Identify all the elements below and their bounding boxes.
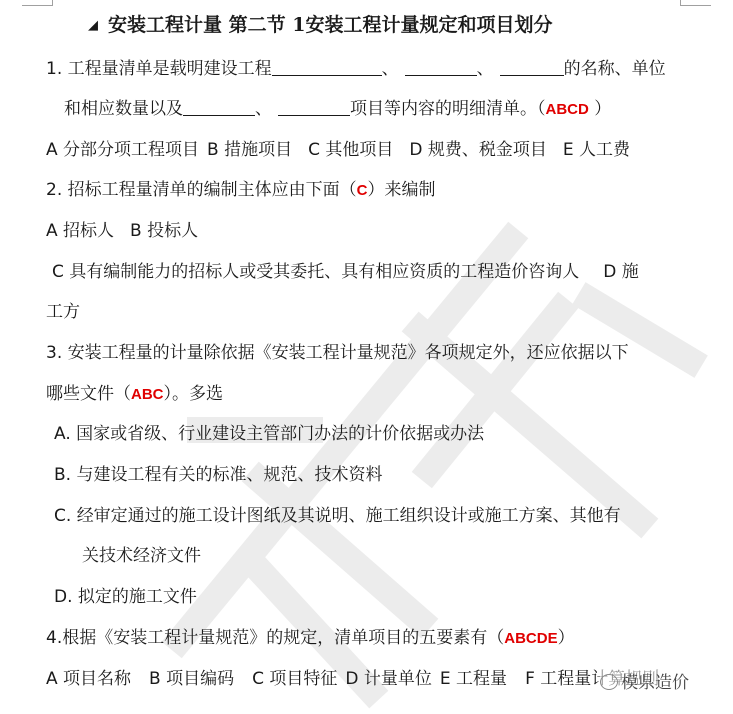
- answer-key: C: [357, 182, 368, 199]
- question-3-option-c: C. 经审定通过的施工设计图纸及其说明、施工组织设计或施工方案、其他有: [54, 505, 621, 527]
- option-label: B.: [54, 465, 71, 485]
- fill-blank: [405, 59, 477, 76]
- fill-blank: [278, 99, 350, 116]
- question-3-option-c-cont: 关技术经济文件: [82, 545, 201, 567]
- answer-key: ABC: [131, 386, 164, 403]
- fill-blank: [183, 99, 255, 116]
- option-d-continued: 工方: [46, 302, 80, 322]
- question-3-option-a: A. 国家或省级、行业建设主管部门办法的计价依据或办法: [54, 423, 484, 445]
- option-b: B 项目编码: [149, 669, 234, 689]
- question-stem: ）来编制: [367, 180, 435, 200]
- question-stem: 安装工程量的计量除依据《安装工程计量规范》各项规定外，还应依据以下: [68, 343, 629, 363]
- question-2-option-d-cont: 工方: [46, 301, 80, 323]
- option-e: E 工程量: [440, 669, 507, 689]
- option-text: 经审定通过的施工设计图纸及其说明、施工组织设计或施工方案、其他有: [77, 506, 621, 526]
- option-label: D.: [54, 587, 73, 607]
- separator: 、: [255, 99, 272, 119]
- option-text: 国家或省级、行业建设主管部门办法的计价依据或办法: [76, 424, 484, 444]
- question-3-stem-line-2: 哪些文件（ABC）。多选: [46, 383, 223, 406]
- paren-close: ）: [589, 99, 611, 119]
- question-4-options: A 项目名称B 项目编码C 项目特征D 计量单位E 工程量F 工程量计算规则: [46, 668, 659, 690]
- question-stem: 招标工程量清单的编制主体应由下面（: [68, 180, 357, 200]
- question-1-line-1: 1. 工程量清单是载明建设工程、、的名称、单位: [46, 58, 666, 80]
- option-label: C.: [54, 506, 71, 526]
- option-e: E 人工费: [563, 140, 630, 160]
- source-logo-text: 模県造价: [621, 673, 689, 693]
- option-text-continued: 关技术经济文件: [82, 546, 201, 566]
- question-stem: ）。多选: [164, 384, 224, 404]
- option-text: 拟定的施工文件: [78, 587, 197, 607]
- source-watermark-logo: 模県造价: [600, 668, 689, 693]
- option-a: A 项目名称: [46, 669, 131, 689]
- question-3-option-d: D. 拟定的施工文件: [54, 586, 197, 608]
- question-3-option-b: B. 与建设工程有关的标准、规范、技术资料: [54, 464, 382, 486]
- question-number: 2.: [46, 180, 62, 200]
- option-b: B 投标人: [130, 221, 198, 241]
- option-d: D 施: [603, 262, 639, 282]
- question-stem: 和相应数量以及: [64, 99, 183, 119]
- answer-key: ABCDE: [504, 630, 557, 647]
- section-title-text: 安装工程计量 第二节 1安装工程计量规定和项目划分: [108, 14, 552, 36]
- question-number: 4.: [46, 628, 62, 648]
- answer-key: ABCD: [546, 101, 589, 118]
- question-stem: 的名称、单位: [564, 59, 666, 79]
- question-stem: 项目等内容的明细清单。（: [350, 99, 546, 119]
- wechat-icon: [600, 674, 618, 690]
- question-stem: 工程量清单是载明建设工程: [68, 59, 272, 79]
- question-stem: 哪些文件（: [46, 384, 131, 404]
- section-title: ◢安装工程计量 第二节 1安装工程计量规定和项目划分: [88, 14, 552, 37]
- question-3-stem-line-1: 3. 安装工程量的计量除依据《安装工程计量规范》各项规定外，还应依据以下: [46, 342, 629, 364]
- option-c: C 项目特征: [252, 669, 337, 689]
- question-stem: ）: [558, 628, 575, 648]
- fill-blank: [500, 59, 564, 76]
- question-2-options-ab: A 招标人B 投标人: [46, 220, 198, 242]
- option-label: A.: [54, 424, 71, 444]
- collapse-triangle-icon[interactable]: ◢: [88, 15, 98, 37]
- question-1-line-2: 和相应数量以及、项目等内容的明细清单。（ABCD ）: [64, 98, 611, 121]
- question-number: 1.: [46, 59, 62, 79]
- separator: 、: [477, 59, 494, 79]
- question-2-stem: 2. 招标工程量清单的编制主体应由下面（C）来编制: [46, 179, 435, 202]
- option-text: 与建设工程有关的标准、规范、技术资料: [76, 465, 382, 485]
- fill-blank: [272, 59, 382, 76]
- option-d: D 计量单位: [345, 669, 432, 689]
- question-1-options: A 分部分项工程项目B 措施项目C 其他项目D 规费、税金项目E 人工费: [46, 139, 630, 161]
- option-a: A 招标人: [46, 221, 114, 241]
- option-c: C 具有编制能力的招标人或受其委托、具有相应资质的工程造价咨询人: [52, 262, 579, 282]
- question-2-options-cd: C 具有编制能力的招标人或受其委托、具有相应资质的工程造价咨询人D 施: [52, 261, 639, 283]
- option-a: A 分部分项工程项目: [46, 140, 199, 160]
- option-b: B 措施项目: [207, 140, 292, 160]
- page-corner-mark-left: [22, 0, 53, 6]
- page-corner-mark-right: [680, 0, 711, 6]
- option-d: D 规费、税金项目: [409, 140, 547, 160]
- option-c: C 其他项目: [308, 140, 393, 160]
- question-4-stem: 4.根据《安装工程计量规范》的规定，清单项目的五要素有（ABCDE）: [46, 627, 575, 650]
- question-stem: 根据《安装工程计量规范》的规定，清单项目的五要素有（: [62, 628, 504, 648]
- separator: 、: [382, 59, 399, 79]
- question-number: 3.: [46, 343, 62, 363]
